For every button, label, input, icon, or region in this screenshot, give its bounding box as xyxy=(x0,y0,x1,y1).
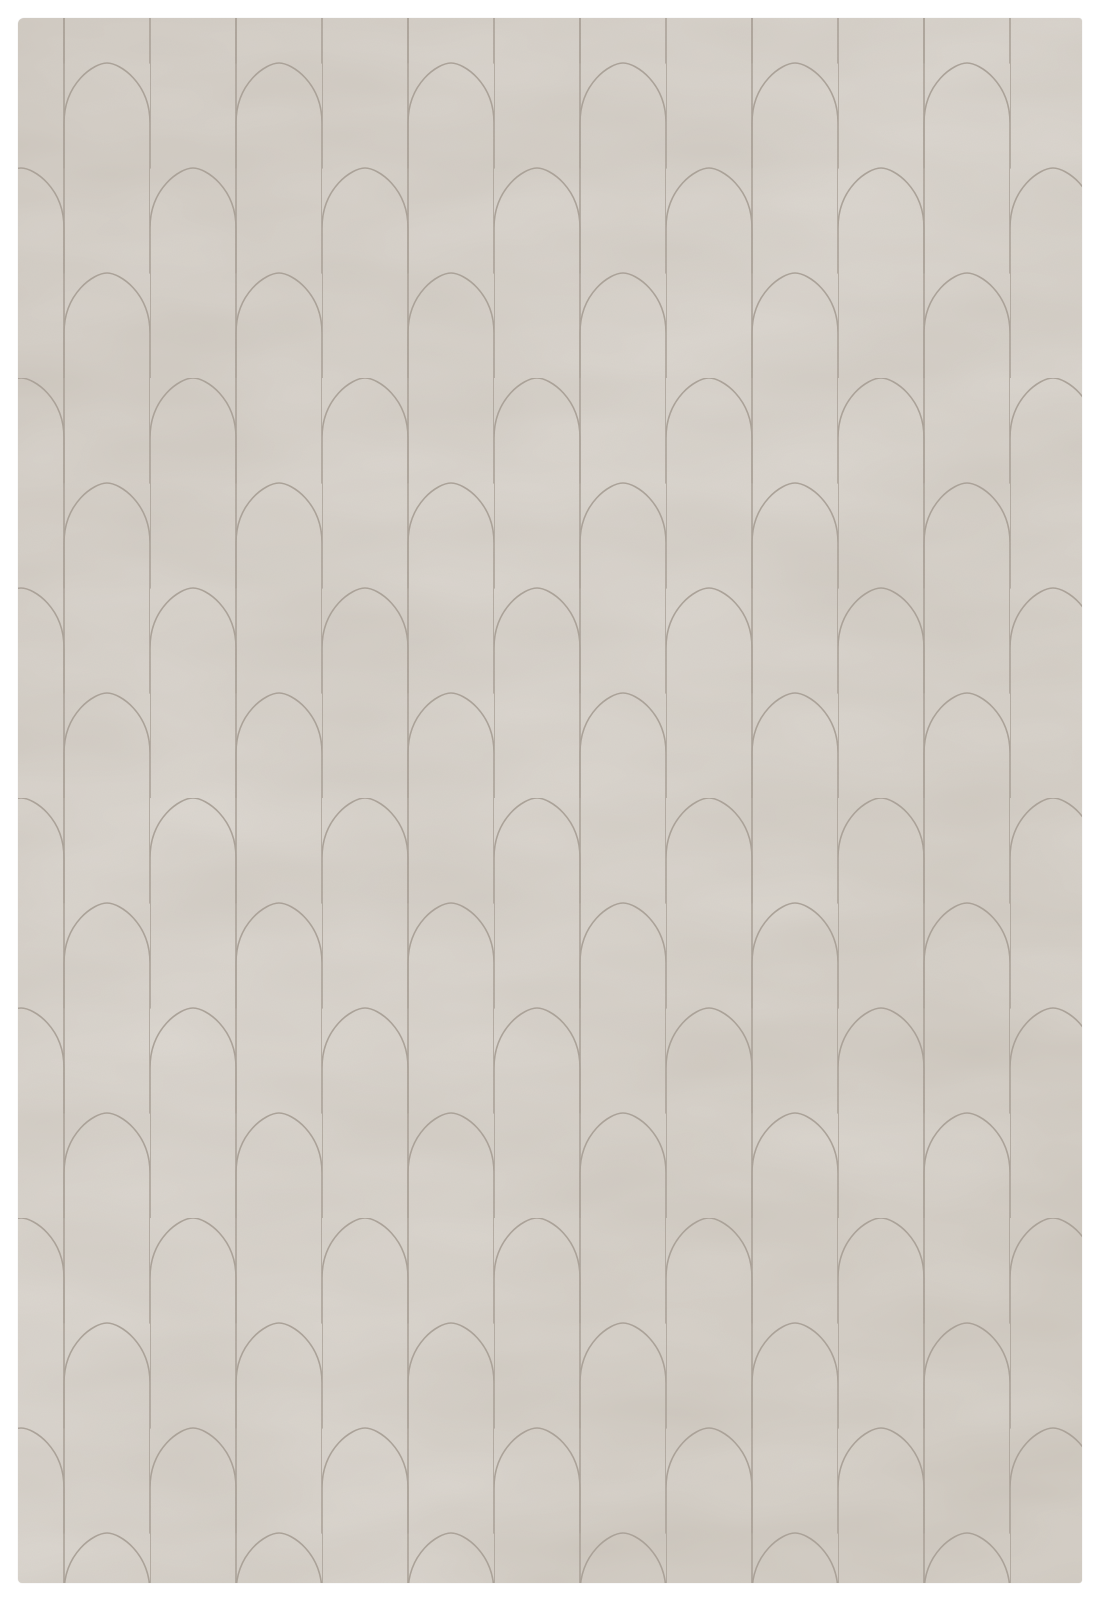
rug-arch-pattern xyxy=(18,18,1082,1583)
rug xyxy=(18,18,1082,1583)
photo-stage: Rectangular area rug with carved arch pa… xyxy=(0,0,1099,1600)
image-subject: Rectangular area rug with carved arch pa… xyxy=(0,0,1,1)
